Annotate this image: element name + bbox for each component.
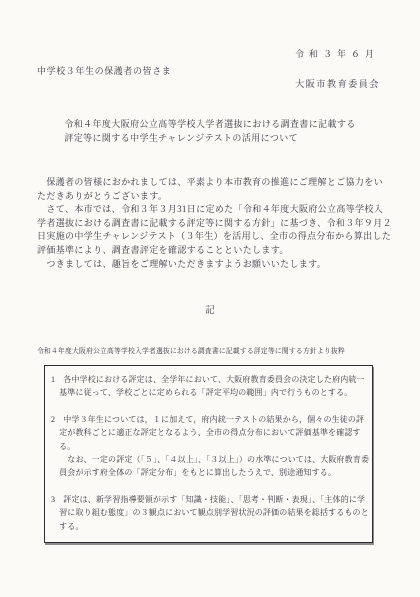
excerpt-line: 習に取り組む態度」の３観点において観点別学習状況の評価の結果を総括するものと [51,506,366,519]
excerpt-item-1: 1 各中学校における評定は、全学年において、大阪府教育委員会の決定した府内統一 … [51,373,366,400]
excerpt-item-2: 2 中学３年生については，１に加えて，府内統一テストの結果から，個々の生徒の評 … [51,413,366,479]
document-page: 令和３年６月 中学校３年生の保護者の皆さま 大阪市教育委員会 令和４年度大阪府公… [0,0,420,597]
letter-line: 保護者の皆様におかれましては、平素より本市教育の推進にご理解とご協力をい [37,176,389,190]
excerpt-line: 1 各中学校における評定は、全学年において、大阪府教育委員会の決定した府内統一 [51,373,366,386]
excerpt-line: 基準に従って、学校ごとに定められる「評定平均の範囲」内で行うものとする。 [51,386,366,399]
excerpt-caption: 令和４年度大阪府公立高等学校入学者選抜における調査書に記載する評定等に関する方針… [37,347,345,356]
letter-line: 学者選抜における調査書に記載する評定等に関する方針」に基づき、令和３年９月２ [37,217,389,231]
excerpt-line: なお、一定の評定（「５」、「４以上」、「３以上」）の水準については、大阪府教育委 [51,453,366,466]
doc-title-line-2: 評定等に関する中学生チャレンジテストの活用について [64,132,355,146]
excerpt-box: 1 各中学校における評定は、全学年において、大阪府教育委員会の決定した府内統一 … [44,365,373,543]
letter-line: 日実施の中学生チャレンジテスト（３年生）を活用し、全市の得点分布から算出した [37,230,389,244]
excerpt-line: 3 評定は、新学習指導要領が示す「知識・技能」、「思考・判断・表現」、「主体的に… [51,493,366,506]
letter-body: 保護者の皆様におかれましては、平素より本市教育の推進にご理解とご協力をい ただき… [37,176,389,271]
excerpt-item-3: 3 評定は、新学習指導要領が示す「知識・技能」、「思考・判断・表現」、「主体的に… [51,493,366,533]
doc-title-line-1: 令和４年度大阪府公立高等学校入学者選抜における調査書に記載する [64,118,355,132]
excerpt-line: 定が教科ごとに適正な評定となるよう、全市の得点分布において評価基準を確認す [51,426,366,439]
date-line: 令和３年６月 [295,49,379,60]
addressee: 中学校３年生の保護者の皆さま [37,66,171,77]
letter-line: つきましては、趣旨をご理解いただきますようお願いいたします。 [37,258,389,272]
doc-title-block: 令和４年度大阪府公立高等学校入学者選抜における調査書に記載する 評定等に関する中… [64,118,355,145]
sender: 大阪市教育委員会 [295,79,380,90]
excerpt-line: 員会が示す府全体の「評定分布」をもとに算出したうえで、別途通知する。 [51,466,366,479]
excerpt-line: 2 中学３年生については，１に加えて，府内統一テストの結果から，個々の生徒の評 [51,413,366,426]
excerpt-line: する。 [51,520,366,533]
letter-line: さて、本市では、令和３年３月31日に定めた「令和４年度大阪府公立高等学校入 [37,203,389,217]
letter-line: 評価基準により、調査書評定を確認することといたします。 [37,244,389,258]
doc-title: 令和４年度大阪府公立高等学校入学者選抜における調査書に記載する 評定等に関する中… [0,118,420,145]
letter-line: ただきありがとうございます。 [37,190,389,204]
ki-marker: 記 [0,305,420,317]
excerpt-line: る。 [51,440,366,453]
